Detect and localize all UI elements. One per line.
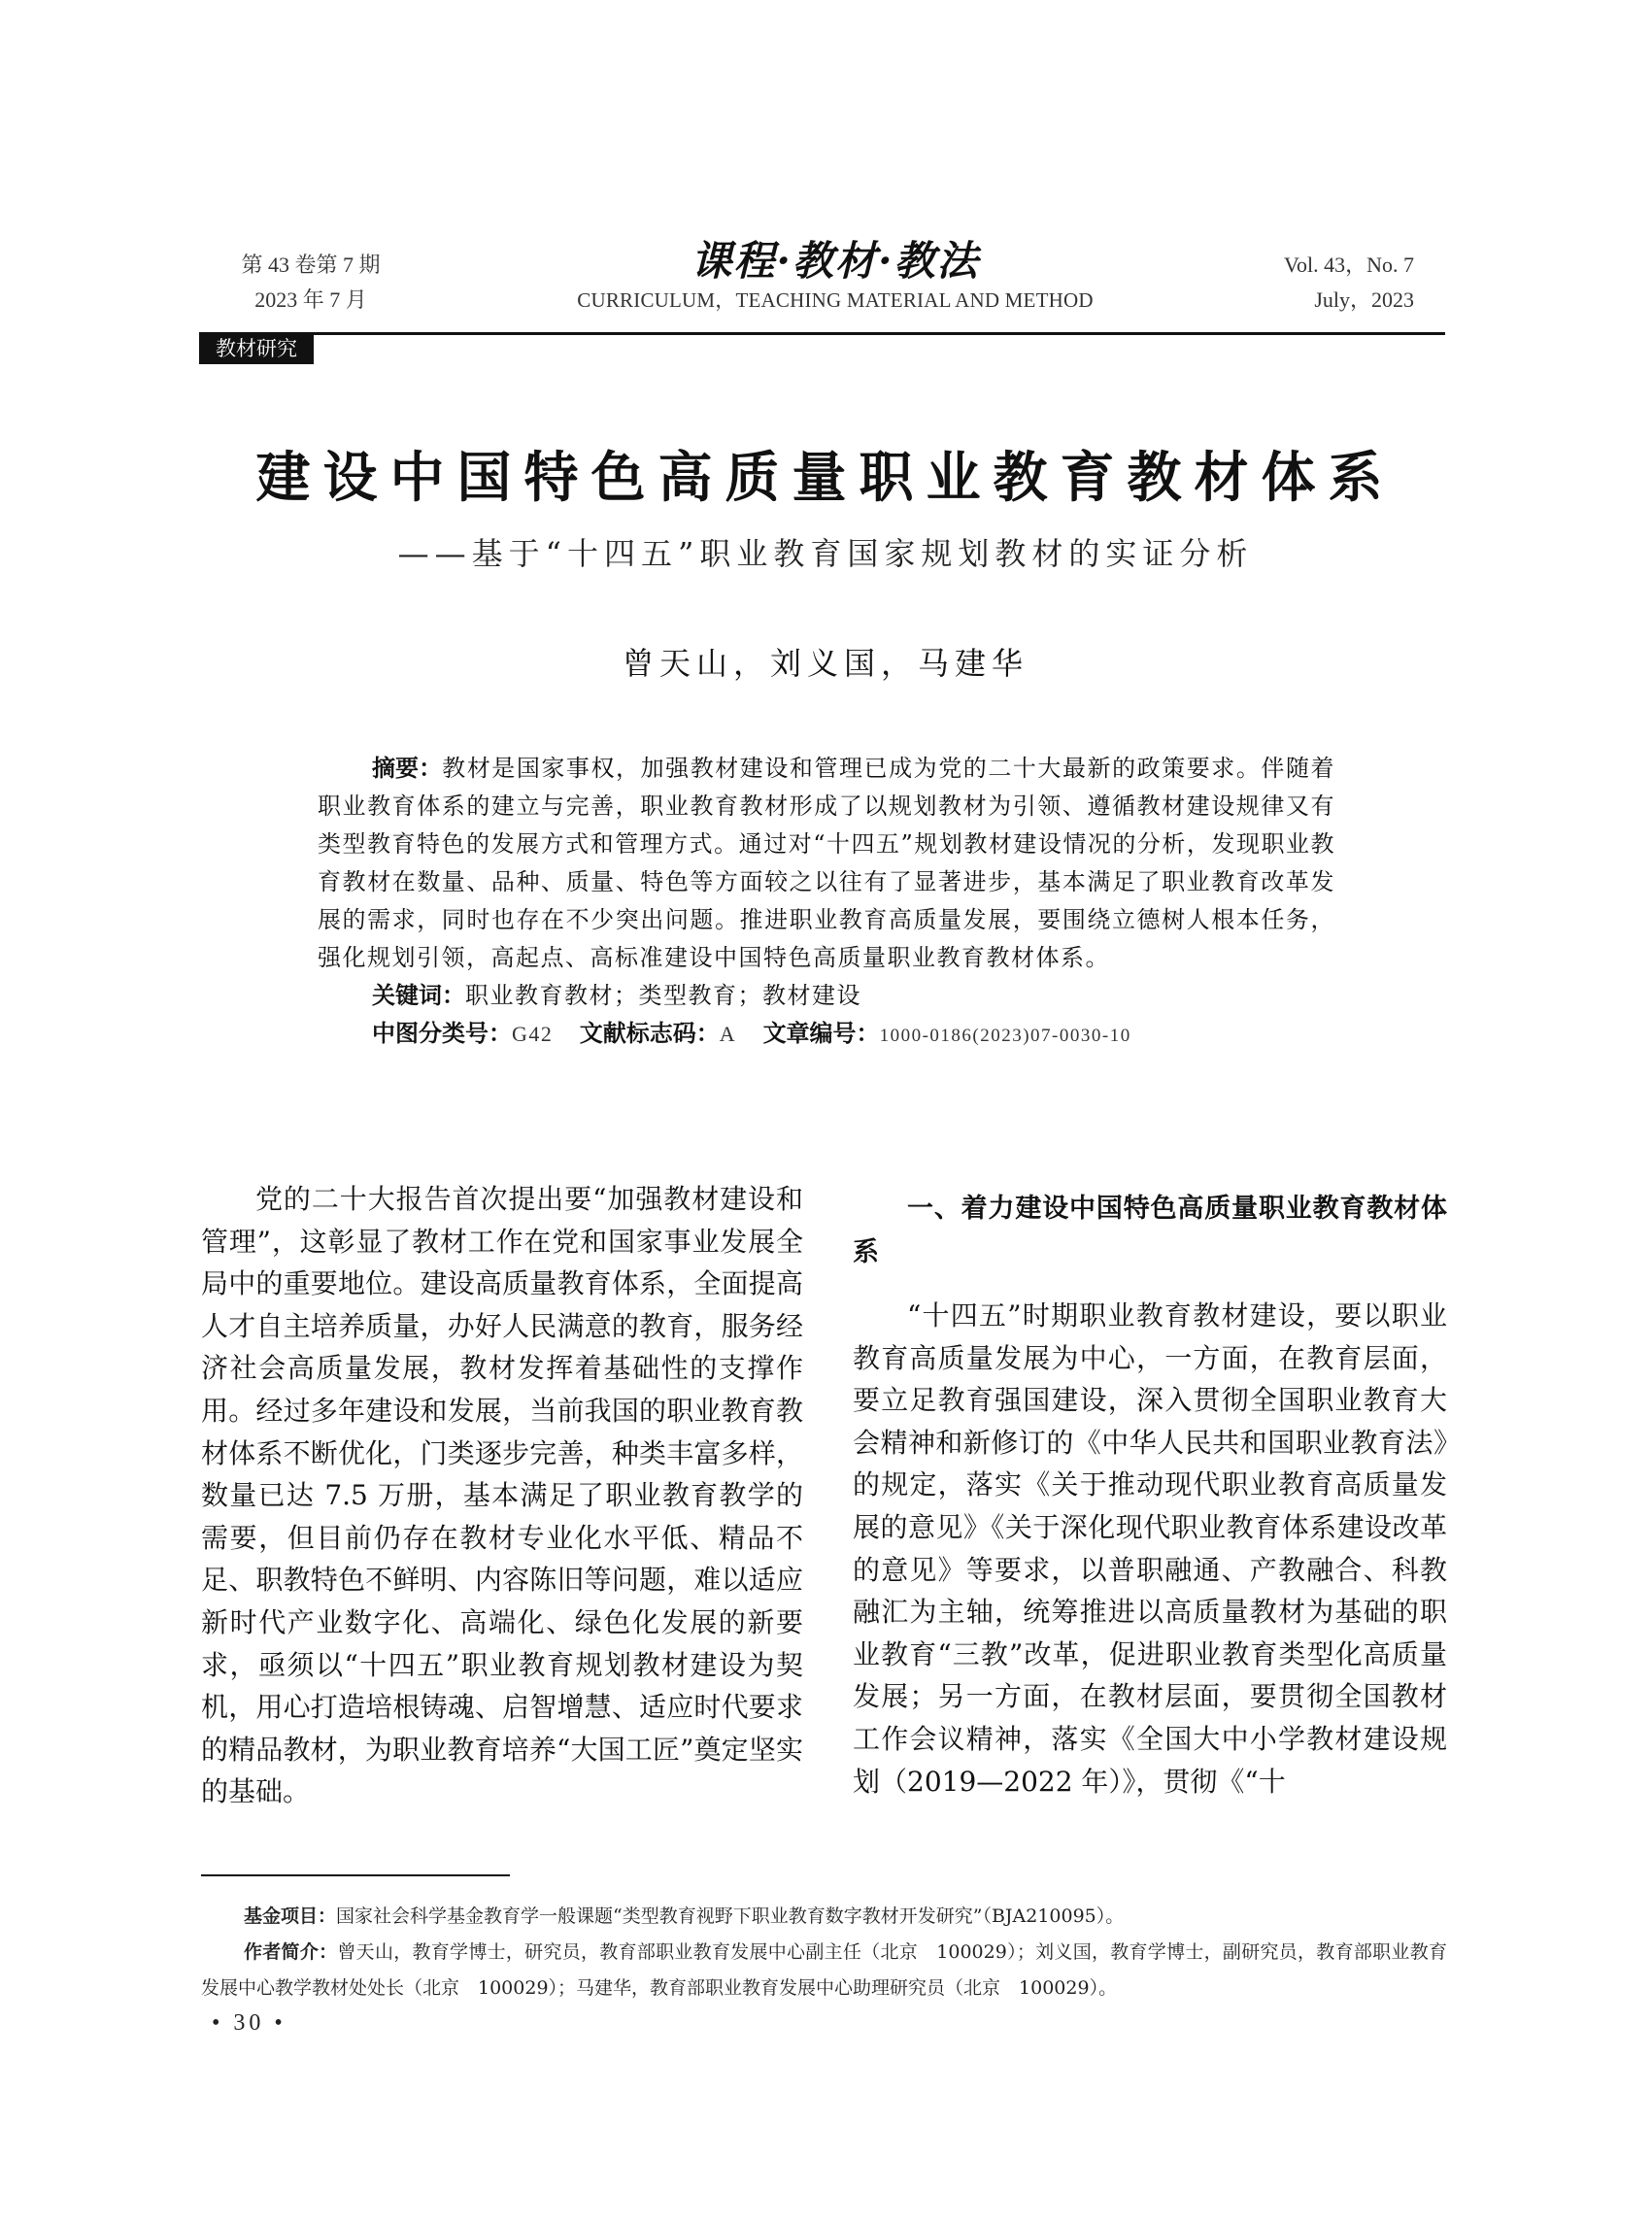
journal-title-cn: 课程·教材·教法 <box>544 229 1127 287</box>
body-left-column: 党的二十大报告首次提出要“加强教材建设和管理”，这彰显了教材工作在党和国家事业发… <box>201 1178 803 1813</box>
section-tag: 教材研究 <box>199 334 314 364</box>
keywords-text: 职业教育教材；类型教育；教材建设 <box>465 982 861 1009</box>
fund-note: 基金项目：国家社会科学基金教育学一般课题“类型教育视野下职业教育数字教材开发研究… <box>201 1899 1447 1935</box>
volume-cn: 第 43 卷第 7 期 <box>223 248 398 283</box>
journal-title-en: CURRICULUM，TEACHING MATERIAL AND METHOD <box>544 285 1127 314</box>
clc-value: G42 <box>512 1022 553 1046</box>
fund-text: 国家社会科学基金教育学一般课题“类型教育视野下职业教育数字教材开发研究”（BJA… <box>336 1905 1124 1927</box>
keywords-label: 关键词： <box>372 982 465 1009</box>
abstract-label: 摘要： <box>372 755 442 782</box>
issue-info-en: Vol. 43，No. 7 July，2023 <box>1284 248 1414 318</box>
author-bio-label: 作者简介： <box>244 1941 337 1963</box>
body-right-column: 一、着力建设中国特色高质量职业教育教材体系 “十四五”时期职业教育教材建设，要以… <box>853 1178 1447 1803</box>
article-id-label: 文章编号： <box>763 1020 880 1047</box>
author-bio-text: 曾天山，教育学博士，研究员，教育部职业教育发展中心副主任（北京 100029）；… <box>201 1941 1447 1999</box>
page-number: • 30 • <box>212 2010 287 2037</box>
section-1-paragraph: “十四五”时期职业教育教材建设，要以职业教育高质量发展为中心，一方面，在教育层面… <box>853 1295 1447 1803</box>
date-cn: 2023 年 7 月 <box>223 283 398 318</box>
abstract: 摘要：教材是国家事权，加强教材建设和管理已成为党的二十大最新的政策要求。伴随着职… <box>318 750 1335 977</box>
doc-code-value: A <box>720 1022 736 1046</box>
article-id-value: 1000-0186(2023)07-0030-10 <box>880 1026 1131 1046</box>
volume-en: Vol. 43，No. 7 <box>1284 248 1414 283</box>
article-subtitle: ——基于“十四五”职业教育国家规划教材的实证分析 <box>194 529 1457 574</box>
fund-label: 基金项目： <box>244 1905 336 1927</box>
article-title: 建设中国特色高质量职业教育教材体系 <box>194 435 1457 513</box>
intro-paragraph: 党的二十大报告首次提出要“加强教材建设和管理”，这彰显了教材工作在党和国家事业发… <box>201 1178 803 1813</box>
section-heading-1: 一、着力建设中国特色高质量职业教育教材体系 <box>853 1187 1447 1274</box>
abstract-block: 摘要：教材是国家事权，加强教材建设和管理已成为党的二十大最新的政策要求。伴随着职… <box>318 750 1335 1055</box>
author-note: 作者简介：曾天山，教育学博士，研究员，教育部职业教育发展中心副主任（北京 100… <box>201 1935 1447 2006</box>
classification: 中图分类号：G42 文献标志码：A 文章编号：1000-0186(2023)07… <box>318 1015 1335 1055</box>
date-en: July，2023 <box>1284 283 1414 318</box>
abstract-text: 教材是国家事权，加强教材建设和管理已成为党的二十大最新的政策要求。伴随着职业教育… <box>318 755 1335 971</box>
header-rule <box>199 332 1445 335</box>
clc-label: 中图分类号： <box>372 1020 512 1047</box>
footnotes: 基金项目：国家社会科学基金教育学一般课题“类型教育视野下职业教育数字教材开发研究… <box>201 1899 1447 2006</box>
article-authors: 曾天山，刘义国，马建华 <box>194 639 1457 684</box>
issue-info-cn: 第 43 卷第 7 期 2023 年 7 月 <box>223 248 398 318</box>
footnote-rule <box>201 1874 510 1876</box>
keywords: 关键词：职业教育教材；类型教育；教材建设 <box>318 977 1335 1015</box>
doc-code-label: 文献标志码： <box>580 1020 720 1047</box>
